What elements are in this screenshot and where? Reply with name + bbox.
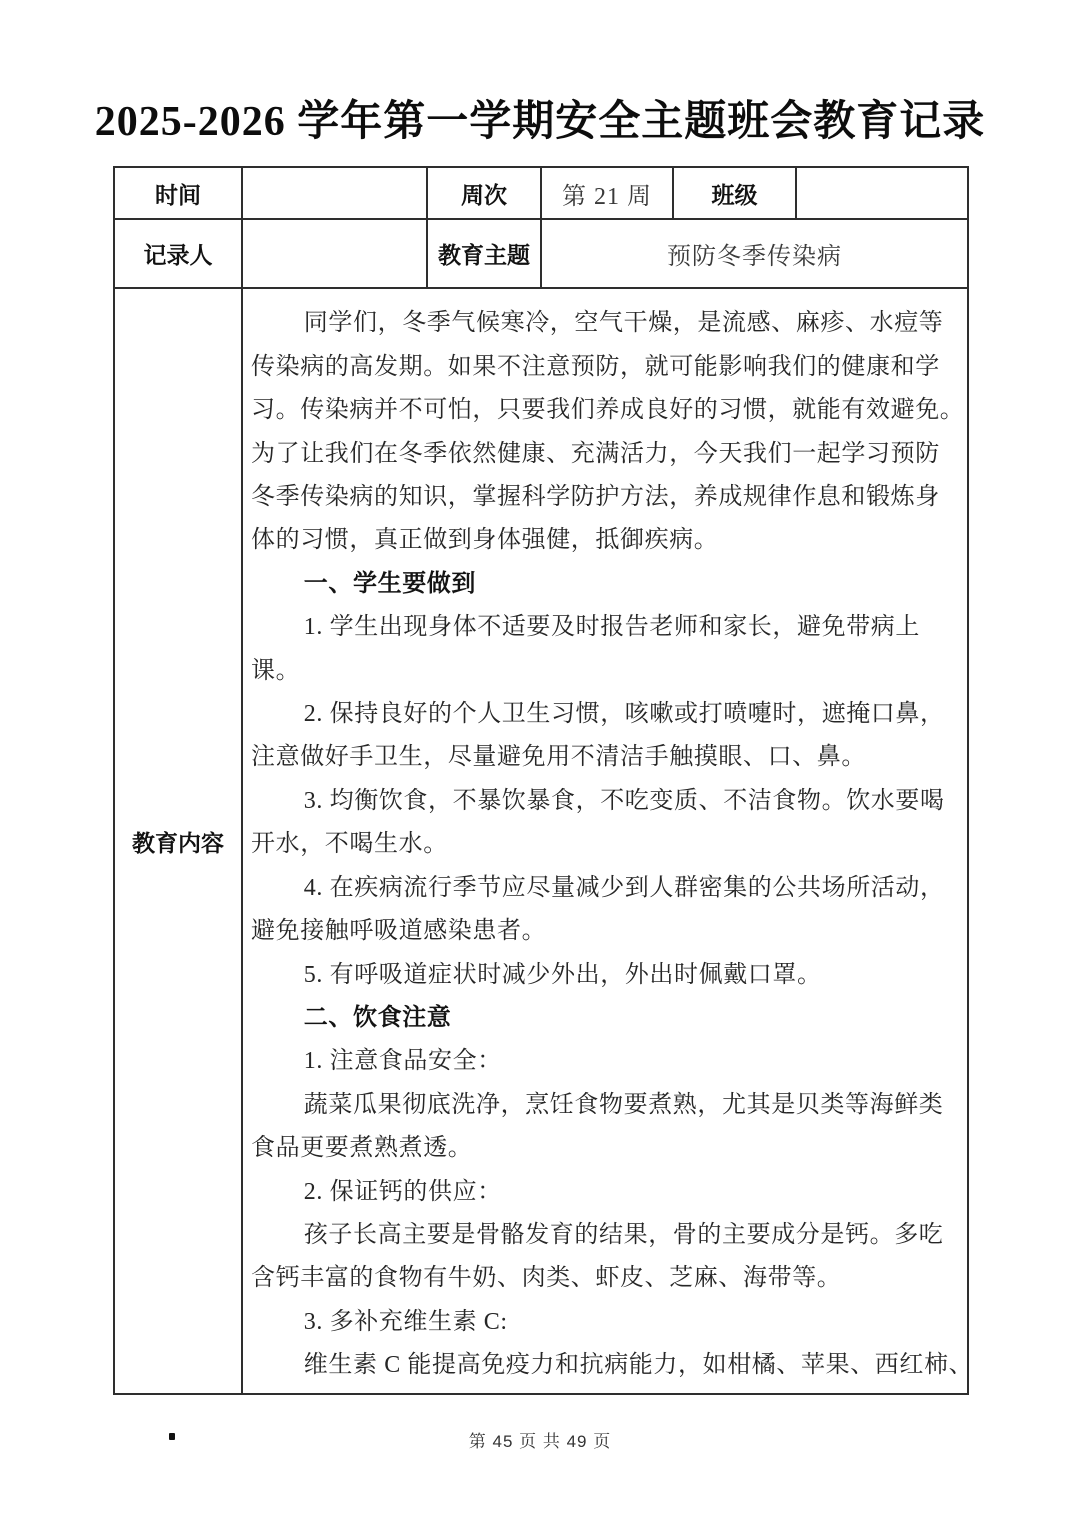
content-line: 蔬菜瓜果彻底洗净，烹饪食物要煮熟，尤其是贝类等海鲜类 [251, 1084, 955, 1127]
content-line: 冬季传染病的知识，掌握科学防护方法，养成规律作息和锻炼身 [251, 476, 955, 519]
table-row: 教育内容 同学们，冬季气候寒冷，空气干燥，是流感、麻疹、水痘等 传染病的高发期。… [114, 288, 968, 1394]
content-line: 2. 保证钙的供应： [251, 1171, 955, 1214]
content-line: 5. 有呼吸道症状时减少外出，外出时佩戴口罩。 [251, 954, 955, 997]
record-table: 时间 周次 第 21 周 班级 记录人 教育主题 预防冬季传染病 教育内容 同学… [113, 166, 969, 1395]
theme-value-cell[interactable]: 预防冬季传染病 [541, 219, 968, 288]
content-line: 为了让我们在冬季依然健康、充满活力，今天我们一起学习预防 [251, 433, 955, 476]
content-heading: 二、饮食注意 [251, 997, 955, 1040]
content-line: 4. 在疾病流行季节应尽量减少到人群密集的公共场所活动， [251, 867, 955, 910]
time-label-cell: 时间 [114, 167, 242, 219]
content-line: 维生素 C 能提高免疫力和抗病能力，如柑橘、苹果、西红柿、 [251, 1344, 955, 1387]
week-label-cell: 周次 [427, 167, 541, 219]
content-line: 1. 学生出现身体不适要及时报告老师和家长，避免带病上 [251, 606, 955, 649]
content-line: 孩子长高主要是骨骼发育的结果，骨的主要成分是钙。多吃 [251, 1214, 955, 1257]
content-line: 含钙丰富的食物有牛奶、肉类、虾皮、芝麻、海带等。 [251, 1257, 955, 1300]
content-line: 同学们，冬季气候寒冷，空气干燥，是流感、麻疹、水痘等 [251, 302, 955, 345]
content-line: 课。 [251, 650, 955, 693]
class-label-cell: 班级 [673, 167, 796, 219]
content-line: 3. 多补充维生素 C: [251, 1301, 955, 1344]
content-line: 开水，不喝生水。 [251, 823, 955, 866]
content-line: 1. 注意食品安全： [251, 1040, 955, 1083]
content-line: 体的习惯，真正做到身体强健，抵御疾病。 [251, 519, 955, 562]
content-label-cell: 教育内容 [114, 288, 242, 1394]
content-line: 3. 均衡饮食，不暴饮暴食，不吃变质、不洁食物。饮水要喝 [251, 780, 955, 823]
time-value-cell[interactable] [242, 167, 427, 219]
footer-page-number: 第 45 页 共 49 页 [0, 1427, 1080, 1452]
page-title: 2025-2026 学年第一学期安全主题班会教育记录 [0, 88, 1080, 148]
content-heading: 一、学生要做到 [251, 563, 955, 606]
week-value-cell[interactable]: 第 21 周 [541, 167, 673, 219]
content-line: 习。传染病并不可怕，只要我们养成良好的习惯，就能有效避免。 [251, 389, 955, 432]
content-line: 食品更要煮熟煮透。 [251, 1127, 955, 1170]
content-line: 避免接触呼吸道感染患者。 [251, 910, 955, 953]
table-row: 记录人 教育主题 预防冬季传染病 [114, 219, 968, 288]
content-line: 注意做好手卫生，尽量避免用不清洁手触摸眼、口、鼻。 [251, 736, 955, 779]
theme-label-cell: 教育主题 [427, 219, 541, 288]
content-line: 2. 保持良好的个人卫生习惯，咳嗽或打喷嚏时，遮掩口鼻， [251, 693, 955, 736]
recorder-label-cell: 记录人 [114, 219, 242, 288]
class-value-cell[interactable] [796, 167, 968, 219]
content-cell[interactable]: 同学们，冬季气候寒冷，空气干燥，是流感、麻疹、水痘等 传染病的高发期。如果不注意… [242, 288, 968, 1394]
content-line: 传染病的高发期。如果不注意预防，就可能影响我们的健康和学 [251, 346, 955, 389]
recorder-value-cell[interactable] [242, 219, 427, 288]
table-row: 时间 周次 第 21 周 班级 [114, 167, 968, 219]
